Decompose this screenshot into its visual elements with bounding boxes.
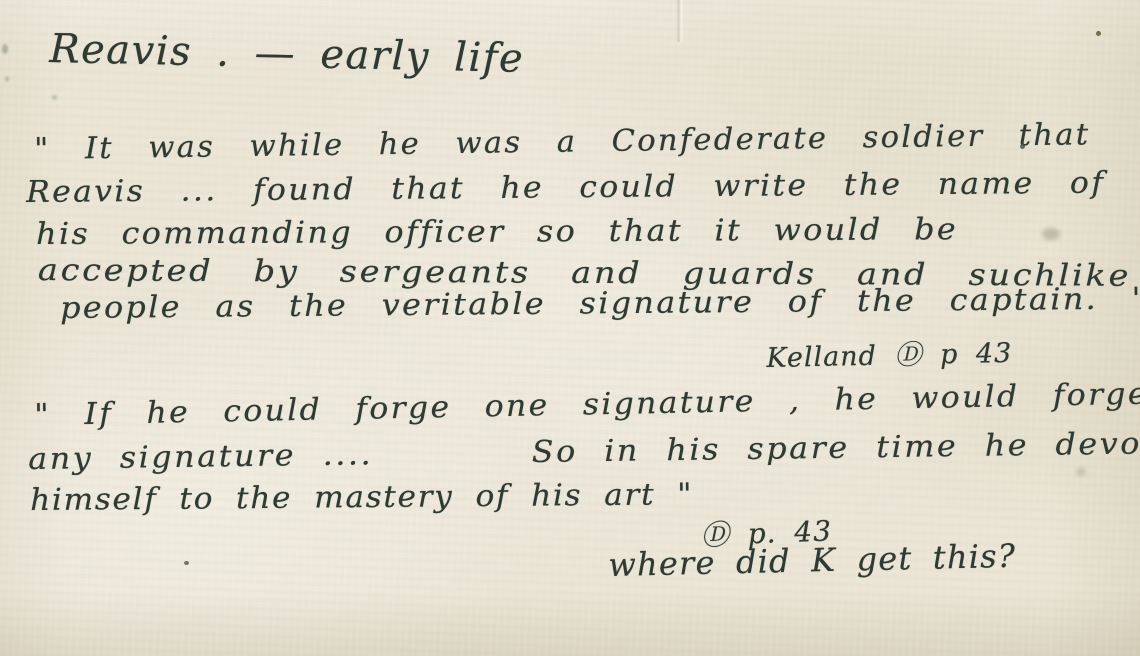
margin-question: where did K get this?	[608, 537, 1016, 584]
edge-mark	[5, 76, 9, 82]
paper-smudge	[1076, 468, 1086, 476]
paper-speck	[1020, 144, 1025, 149]
paper-smudge	[1042, 228, 1060, 240]
ink-speck	[184, 561, 189, 565]
quote2-line-1: " If he could forge one signature , he w…	[34, 377, 1140, 433]
quote2-line-3: himself to the mastery of his art "	[30, 477, 693, 518]
paper-speck	[1096, 31, 1101, 36]
quote1-line-1: " It was while he was a Confederate sold…	[34, 117, 1091, 167]
edge-mark	[52, 95, 57, 100]
handwritten-note-card: Reavis . — early life " It was while he …	[0, 0, 1140, 656]
note-title: Reavis . — early life	[49, 26, 525, 82]
paper-crease	[676, 0, 684, 42]
quote2-line-2: any signature .... So in his spare time …	[28, 426, 1140, 477]
quote1-line-3: his commanding officer so that it would …	[36, 212, 958, 252]
edge-mark	[2, 44, 8, 54]
quote1-attribution: Kelland Ⓓ p 43	[766, 331, 1013, 375]
quote1-line-2: Reavis ... found that he could write the…	[26, 166, 1105, 210]
